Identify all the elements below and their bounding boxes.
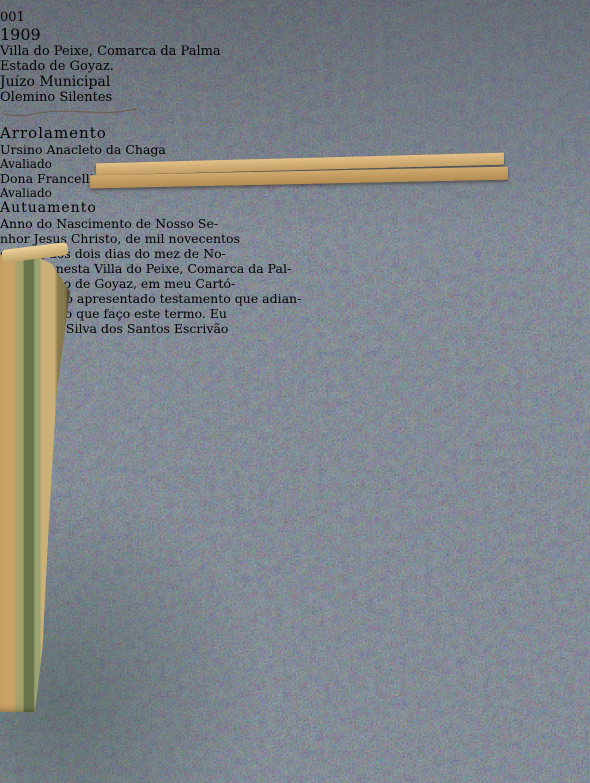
- header-state: Estado de Goyaz.: [0, 59, 301, 74]
- arrolamento-name: Ursino Anacleto da Chaga: [0, 142, 301, 157]
- page-number-stamp: 001: [0, 10, 301, 25]
- autuamento-line: Anno do Nascimento de Nosso Se-: [0, 216, 301, 231]
- section-title-arrolamento: Arrolamento: [0, 124, 301, 142]
- header-court: Juízo Municipal: [0, 74, 301, 90]
- handwritten-year: 1909: [0, 25, 301, 44]
- section-title-autuamento: Autuamento: [0, 200, 301, 216]
- signature-flourish: [0, 106, 140, 120]
- header-locality: Villa do Peixe, Comarca da Palma: [0, 44, 301, 59]
- arrolamento-status: Avaliado: [0, 186, 301, 200]
- signature: Olemino Silentes: [0, 90, 301, 105]
- photo-of-archival-document-bundle: 001 1909 Villa do Peixe, Comarca da Palm…: [0, 0, 590, 783]
